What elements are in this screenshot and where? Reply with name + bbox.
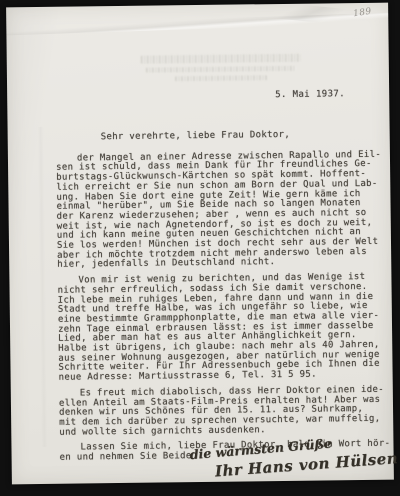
letter-body: Sehr verehrte, liebe Frau Doktor, der Ma…	[56, 130, 392, 464]
paper-fold-crease	[6, 13, 388, 36]
pencil-page-number: 189	[353, 7, 373, 20]
paragraph-1: der Mangel an einer Adresse zwischen Rap…	[56, 150, 389, 270]
letter-page: 189 5. Mai 1937. Sehr verehrte, liebe Fr…	[6, 3, 394, 485]
photo-background: 189 5. Mai 1937. Sehr verehrte, liebe Fr…	[0, 0, 400, 496]
embossed-letterhead-line	[146, 66, 296, 73]
paragraph-2: Von mir ist wenig zu berichten, und das …	[57, 273, 390, 384]
embossed-letterhead-line	[175, 75, 267, 81]
paper-vertical-crease	[38, 127, 48, 447]
salutation: Sehr verehrte, liebe Frau Doktor,	[101, 130, 388, 143]
letter-date: 5. Mai 1937.	[275, 89, 345, 100]
embossed-letterhead	[131, 54, 311, 82]
paragraph-3: Es freut mich diabolisch, dass Herr Dokt…	[59, 386, 392, 439]
embossed-letterhead-line	[141, 54, 301, 64]
